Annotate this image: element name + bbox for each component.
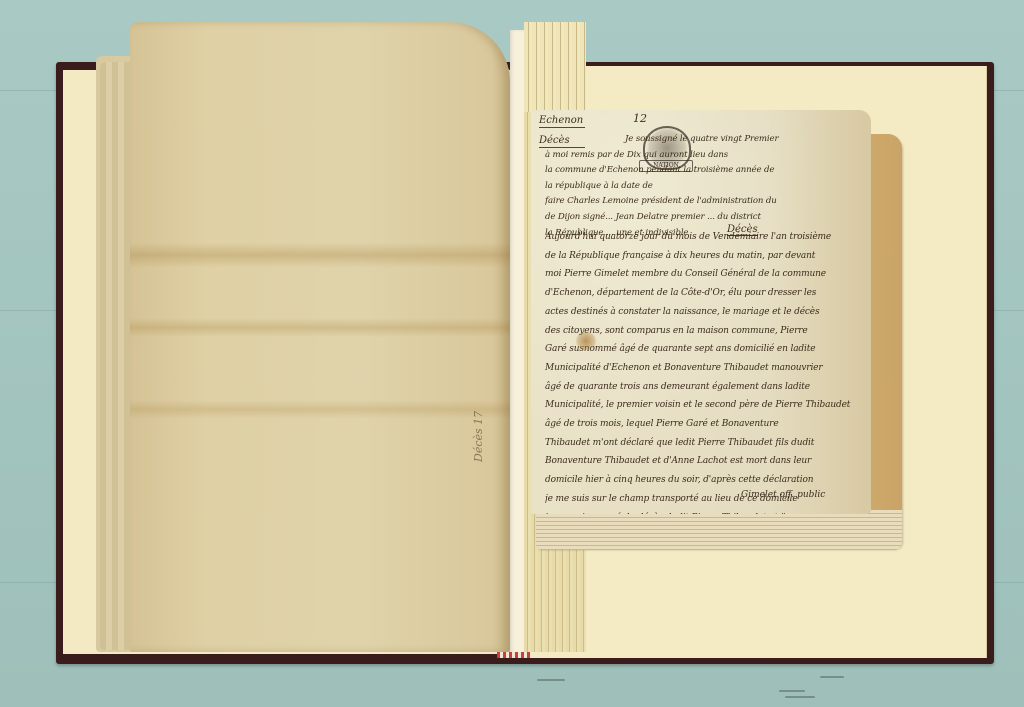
preamble-line: Je soussigné le quatre vingt Premier: [545, 132, 863, 148]
left-page[interactable]: [130, 22, 510, 652]
body-line: Thibaudet m'ont déclaré que ledit Pierre…: [545, 434, 863, 453]
body-line: d'Echenon, département de la Côte-d'Or, …: [545, 284, 863, 303]
signature: Gimelet off. public: [741, 490, 825, 500]
preamble-line: la commune d'Echenon pendant la troisièm…: [545, 163, 863, 179]
record-body-text: Aujourd'hui quatorze jour du mois de Ven…: [545, 228, 863, 514]
manuscript-page[interactable]: Echenon Décès 12 NATION Je soussigné le …: [531, 110, 871, 514]
preamble-line: de Dijon signé... Jean Delatre premier .…: [545, 210, 863, 226]
body-line: moi Pierre Gimelet membre du Conseil Gén…: [545, 265, 863, 284]
ink-stain: [575, 332, 597, 350]
table-scuff: [537, 679, 565, 681]
preamble-line: la république à la date de: [545, 179, 863, 195]
book-gutter: [510, 30, 524, 654]
page-number: 12: [633, 112, 647, 125]
table-scuff: [820, 676, 844, 678]
commune-label: Echenon: [539, 114, 585, 128]
body-line: âgé de trois mois, lequel Pierre Garé et…: [545, 415, 863, 434]
manuscript-stack-edges: [536, 510, 902, 550]
body-line: âgé de quarante trois ans demeurant égal…: [545, 378, 863, 397]
body-line: domicile hier à cinq heures du soir, d'a…: [545, 471, 863, 490]
body-line: actes destinés à constater la naissance,…: [545, 303, 863, 322]
body-line: Municipalité, le premier voisin et le se…: [545, 396, 863, 415]
body-line: Aujourd'hui quatorze jour du mois de Ven…: [545, 228, 863, 247]
table-scuff: [785, 696, 815, 698]
left-marginal-note: Décès 17: [472, 402, 502, 462]
body-line: je me suis assuré du décès dudit Pierre …: [545, 509, 863, 514]
preamble-line: faire Charles Lemoine président de l'adm…: [545, 194, 863, 210]
table-scuff: [779, 690, 805, 692]
headband: [497, 652, 531, 658]
body-line: Bonaventure Thibaudet et d'Anne Lachot e…: [545, 452, 863, 471]
stub-leaves-top: [524, 22, 586, 112]
preamble-text: Je soussigné le quatre vingt Premier à m…: [545, 132, 863, 241]
body-line: Municipalité d'Echenon et Bonaventure Th…: [545, 359, 863, 378]
preamble-line: à moi remis par de Dix qui auront lieu d…: [545, 148, 863, 164]
body-line: de la République française à dix heures …: [545, 247, 863, 266]
